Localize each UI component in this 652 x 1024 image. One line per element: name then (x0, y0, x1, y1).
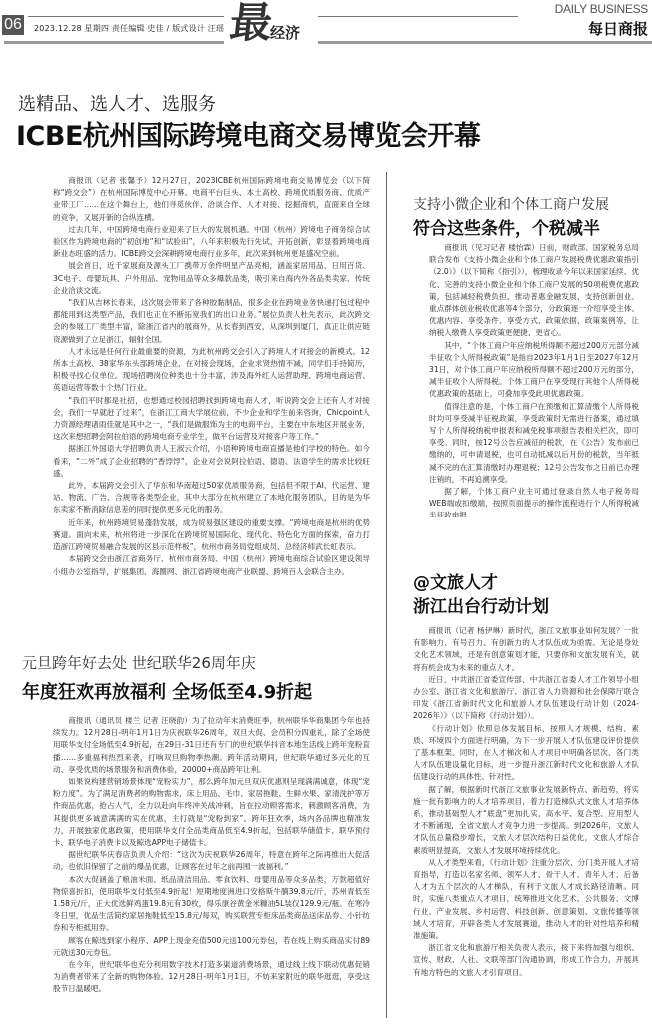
lead-kicker: 选精品、选人才、选服务 (18, 90, 216, 116)
brand-english: DAILY BUSINESS (555, 2, 648, 16)
paragraph: 商报讯（记者 杨伊琳）新时代，浙江文旅事业如何发展？一批有影响力、有号召力、有创… (413, 625, 639, 674)
promo-kicker: 元旦跨年好去处 世纪联华26周年庆 (22, 652, 256, 673)
newspaper-name: 每日商报 (588, 18, 648, 39)
paragraph: 从人才类型来看，《行动计划》注重分层次、分门类开展人才培育指导，打造以名家名师、… (413, 857, 639, 942)
talent-headline-line1: @文旅人才 (413, 568, 498, 593)
masthead-rule-right (318, 16, 518, 17)
paragraph: 浙江省文化和旅游厅相关负责人表示，接下来将加强与组织、宣传、财政、人社、文联等部… (413, 942, 639, 979)
promo-headline: 年度狂欢再放福利 全场低至4.9折起 (22, 678, 312, 704)
paragraph: 本届跨交会由浙江省商务厅、杭州市商务局、中国（杭州）跨境电商综合试验区建设领导小… (53, 553, 370, 577)
paragraph: 《行动计划》依照总体发展目标，按照人才规模、结构、素质、环境四个方面进行明确，为… (413, 723, 639, 784)
promo-article-body: 商报讯（通讯员 楼兰 记者 汪晓韵）为了拉动年末消费旺季，杭州联华华商集团今年也… (53, 715, 370, 1015)
paragraph: 商报讯（记者 张馨予）12月27日，2023ICBE杭州国际跨境电商交易博览会（… (53, 175, 370, 224)
paragraph: 此外，本届跨交会引入了华东和华南超过50家优质服务商，包括但不限于AI、代运营、… (53, 480, 370, 517)
paragraph: 过去几年，中国跨境电商行业迎来了巨大的发展机遇。中国（杭州）跨境电子商务综合试验… (53, 224, 370, 261)
lead-article-body: 商报讯（记者 张馨予）12月27日，2023ICBE杭州国际跨境电商交易博览会（… (53, 175, 370, 615)
paragraph: 据了解，个体工商户业主可通过登录自然人电子税务局WEB端或扣缴端，按照页面提示的… (429, 486, 639, 517)
masthead: 06 2023.12.28 星期四 责任编辑 史佳 / 版式设计 汪瑶 最 经济… (0, 0, 652, 56)
paragraph: 近年来，杭州跨境贸易蓬勃发展，成为贸易强区建设的重要支撑。“跨境电商是杭州的优势… (53, 517, 370, 554)
brand-glyph: 最 (228, 0, 275, 46)
page-number: 06 (2, 15, 24, 35)
tax-article-body: 商报讯（见习记者 楼怡霖）日前，财政部、国家税务总局联合发布《支持小微企业和个体… (429, 242, 639, 517)
paragraph: 在今年，世纪联华也充分利用数字技术打造多渠道消费场景，通过线上线下联动优惠促销为… (53, 959, 370, 996)
paragraph: 据浙江外国语大学招聘负责人王淑云介绍，小语种跨境电商直播是他们学校的特色。如今看… (53, 443, 370, 480)
masthead-rule-left (28, 16, 224, 17)
paragraph: 如果说构建营销场景体现“宠粉实力”，那么跨年加元旦双庆优惠则呈现满满诚意，体现“… (53, 776, 370, 849)
paragraph: 值得注意的是，个体工商户在预缴和汇算清缴个人所得税时均可享受减半征税政策，享受政… (429, 401, 639, 486)
masthead-bar-right (318, 41, 652, 44)
column-divider (386, 172, 387, 1018)
paragraph: 商报讯（见习记者 楼怡霖）日前，财政部、国家税务总局联合发布《支持小微企业和个体… (429, 242, 639, 340)
tax-headline: 符合这些条件，个税减半 (413, 214, 600, 239)
paragraph: 近日，中共浙江省委宣传部、中共浙江省委人才工作领导小组办公室、浙江省文化和旅游厅… (413, 674, 639, 723)
section-name: 经济 (270, 22, 300, 43)
tax-kicker: 支持小微企业和个体工商户发展 (413, 194, 609, 214)
paragraph: 人才永远是任何行业最重要的资源，为此杭州跨交会引入了跨境人才对接会的新模式。12… (53, 346, 370, 395)
paragraph: 据世纪联华庆春店负责人介绍：“这次为庆祝联华26周年，特意在跨年之际再推出大促活… (53, 849, 370, 873)
paragraph: 其中，“个体工商户年应纳税所得额不超过200万元部分减半征收个人所得税政策”是指… (429, 340, 639, 401)
talent-article-body: 商报讯（记者 杨伊琳）新时代，浙江文旅事业如何发展？一批有影响力、有号召力、有创… (413, 625, 639, 1015)
paragraph: 商报讯（通讯员 楼兰 记者 汪晓韵）为了拉动年末消费旺季，杭州联华华商集团今年也… (53, 715, 370, 776)
lead-headline: ICBE杭州国际跨境电商交易博览会开幕 (16, 114, 480, 153)
masthead-bar-left (4, 41, 224, 44)
paragraph: 本次大促涵盖了粮油米面、纸品清洁用品、零食饮料、母婴用品等众多品类，万款超值好物… (53, 874, 370, 935)
paragraph: “我们平时都是社招，也想通过校园招聘找到跨境电商人才，听说跨交会上还有人才对接会… (53, 395, 370, 444)
paragraph: 据了解，根据新时代浙江文旅事业发展新特点、新趋势，将实施一批有影响力的人才培养项… (413, 784, 639, 857)
paragraph: “我们从吉林长春来，这次展会带来了各种胶黏制品，很多企业在跨境业务快递打包过程中… (53, 297, 370, 346)
paragraph: 顾客在鲸选到家小程序、APP上现金充值500元送100元券包，若在线上购买商品实… (53, 935, 370, 959)
talent-headline-line2: 浙江出台行动计划 (413, 592, 549, 617)
paragraph: 展会首日，近千家展商及源头工厂携带万余件明星产品亮相，涵盖家居用品、日用百货、3… (53, 260, 370, 297)
date-line: 2023.12.28 星期四 责任编辑 史佳 / 版式设计 汪瑶 (34, 23, 224, 34)
